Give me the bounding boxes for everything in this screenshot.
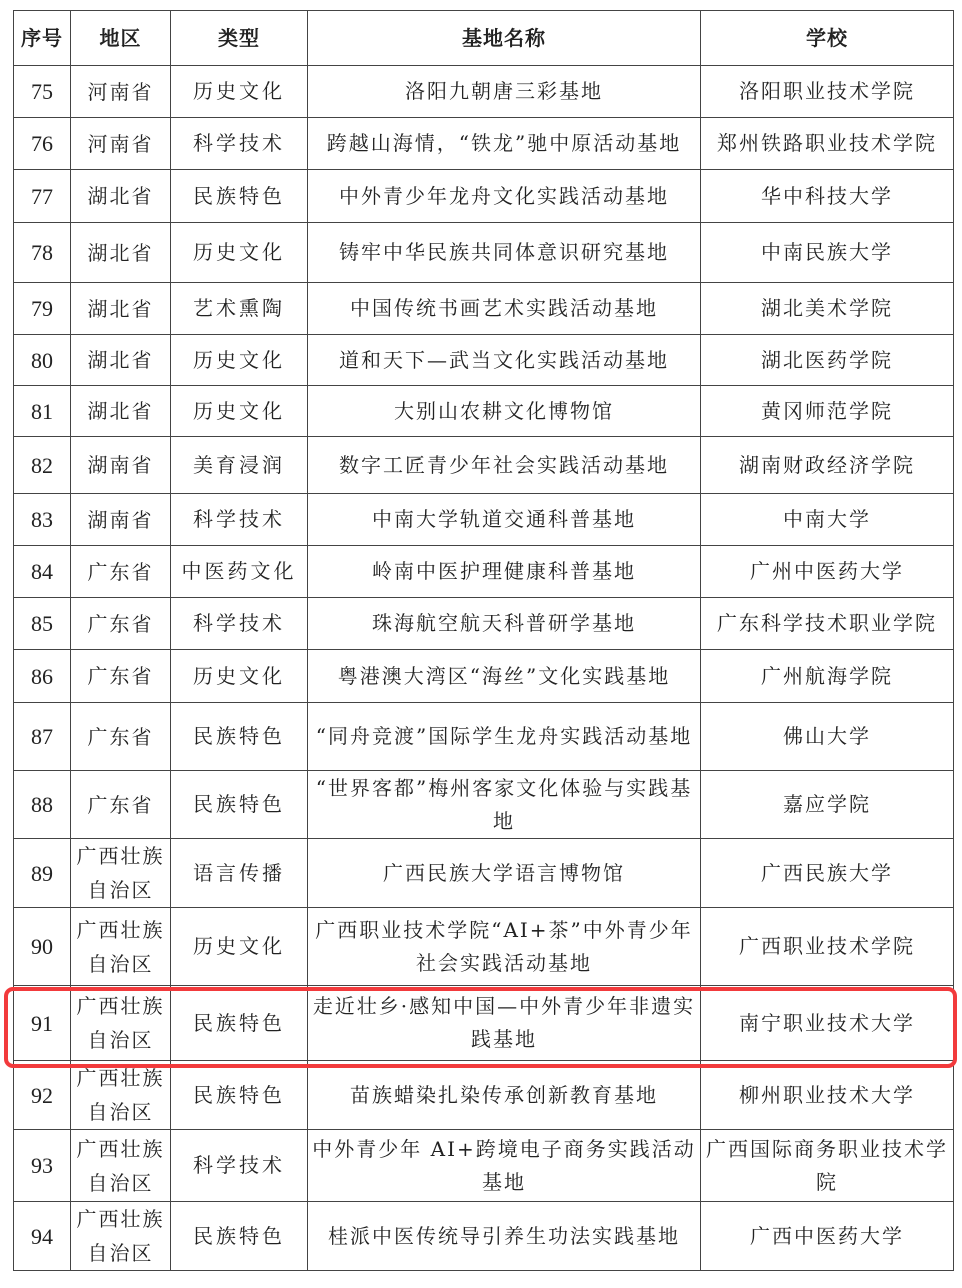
row-number: 82	[14, 437, 71, 494]
row-base-name: 中南大学轨道交通科普基地	[308, 494, 701, 546]
table-row: 80湖北省历史文化道和天下—武当文化实践活动基地湖北医药学院	[14, 335, 954, 386]
row-region: 河南省	[71, 66, 171, 118]
row-school: 嘉应学院	[701, 771, 954, 839]
row-number: 81	[14, 386, 71, 437]
row-type: 民族特色	[171, 1061, 308, 1130]
row-base-name: 粤港澳大湾区“海丝”文化实践基地	[308, 650, 701, 703]
row-type: 历史文化	[171, 650, 308, 703]
row-region: 广东省	[71, 598, 171, 650]
table-row: 92广西壮族自治区民族特色苗族蜡染扎染传承创新教育基地柳州职业技术大学	[14, 1061, 954, 1130]
row-base-name: 广西职业技术学院“AI+茶”中外青少年社会实践活动基地	[308, 908, 701, 986]
row-region: 湖北省	[71, 283, 171, 335]
row-region: 湖南省	[71, 494, 171, 546]
row-school: 广西国际商务职业技术学院	[701, 1130, 954, 1202]
row-school: 广州航海学院	[701, 650, 954, 703]
table-row: 82湖南省美育浸润数字工匠青少年社会实践活动基地湖南财政经济学院	[14, 437, 954, 494]
row-region: 湖南省	[71, 437, 171, 494]
table-row: 94广西壮族自治区民族特色桂派中医传统导引养生功法实践基地广西中医药大学	[14, 1202, 954, 1271]
row-school: 佛山大学	[701, 703, 954, 771]
row-type: 科学技术	[171, 598, 308, 650]
row-number: 84	[14, 546, 71, 598]
row-region: 广西壮族自治区	[71, 908, 171, 986]
row-type: 美育浸润	[171, 437, 308, 494]
row-type: 民族特色	[171, 703, 308, 771]
row-school: 南宁职业技术大学	[701, 986, 954, 1061]
row-school: 广西民族大学	[701, 839, 954, 908]
header-school: 学校	[701, 11, 954, 66]
row-type: 科学技术	[171, 494, 308, 546]
bases-table: 序号 地区 类型 基地名称 学校 75河南省历史文化洛阳九朝唐三彩基地洛阳职业技…	[13, 10, 954, 1271]
table-row-highlighted: 91广西壮族自治区民族特色走近壮乡·感知中国—中外青少年非遗实践基地南宁职业技术…	[14, 986, 954, 1061]
table-row: 81湖北省历史文化大别山农耕文化博物馆黄冈师范学院	[14, 386, 954, 437]
row-base-name: 岭南中医护理健康科普基地	[308, 546, 701, 598]
row-region: 河南省	[71, 118, 171, 170]
row-number: 92	[14, 1061, 71, 1130]
row-school: 湖南财政经济学院	[701, 437, 954, 494]
row-number: 87	[14, 703, 71, 771]
row-region: 广东省	[71, 546, 171, 598]
header-row: 序号 地区 类型 基地名称 学校	[14, 11, 954, 66]
row-type: 中医药文化	[171, 546, 308, 598]
row-type: 历史文化	[171, 223, 308, 283]
table-row: 90广西壮族自治区历史文化广西职业技术学院“AI+茶”中外青少年社会实践活动基地…	[14, 908, 954, 986]
table-row: 93广西壮族自治区科学技术中外青少年 AI+跨境电子商务实践活动基地广西国际商务…	[14, 1130, 954, 1202]
row-number: 90	[14, 908, 71, 986]
row-base-name: 中外青少年 AI+跨境电子商务实践活动基地	[308, 1130, 701, 1202]
row-number: 76	[14, 118, 71, 170]
row-school: 郑州铁路职业技术学院	[701, 118, 954, 170]
table-row: 83湖南省科学技术中南大学轨道交通科普基地中南大学	[14, 494, 954, 546]
table-row: 85广东省科学技术珠海航空航天科普研学基地广东科学技术职业学院	[14, 598, 954, 650]
row-base-name: 洛阳九朝唐三彩基地	[308, 66, 701, 118]
row-school: 中南大学	[701, 494, 954, 546]
row-number: 75	[14, 66, 71, 118]
table-row: 79湖北省艺术熏陶中国传统书画艺术实践活动基地湖北美术学院	[14, 283, 954, 335]
row-region: 广西壮族自治区	[71, 1061, 171, 1130]
row-type: 历史文化	[171, 66, 308, 118]
table-row: 86广东省历史文化粤港澳大湾区“海丝”文化实践基地广州航海学院	[14, 650, 954, 703]
header-type: 类型	[171, 11, 308, 66]
row-number: 88	[14, 771, 71, 839]
row-school: 广州中医药大学	[701, 546, 954, 598]
table-row: 89广西壮族自治区语言传播广西民族大学语言博物馆广西民族大学	[14, 839, 954, 908]
row-number: 89	[14, 839, 71, 908]
row-number: 79	[14, 283, 71, 335]
row-school: 柳州职业技术大学	[701, 1061, 954, 1130]
row-type: 历史文化	[171, 335, 308, 386]
row-number: 86	[14, 650, 71, 703]
row-school: 湖北医药学院	[701, 335, 954, 386]
table-row: 84广东省中医药文化岭南中医护理健康科普基地广州中医药大学	[14, 546, 954, 598]
row-base-name: 苗族蜡染扎染传承创新教育基地	[308, 1061, 701, 1130]
row-region: 湖北省	[71, 170, 171, 223]
row-school: 湖北美术学院	[701, 283, 954, 335]
row-base-name: 数字工匠青少年社会实践活动基地	[308, 437, 701, 494]
table-row: 87广东省民族特色“同舟竞渡”国际学生龙舟实践活动基地佛山大学	[14, 703, 954, 771]
row-school: 广西职业技术学院	[701, 908, 954, 986]
row-base-name: 广西民族大学语言博物馆	[308, 839, 701, 908]
row-school: 华中科技大学	[701, 170, 954, 223]
row-number: 94	[14, 1202, 71, 1271]
row-base-name: 中外青少年龙舟文化实践活动基地	[308, 170, 701, 223]
row-school: 广西中医药大学	[701, 1202, 954, 1271]
row-type: 艺术熏陶	[171, 283, 308, 335]
row-region: 广东省	[71, 771, 171, 839]
row-base-name: 大别山农耕文化博物馆	[308, 386, 701, 437]
table-row: 88广东省民族特色“世界客都”梅州客家文化体验与实践基地嘉应学院	[14, 771, 954, 839]
row-school: 中南民族大学	[701, 223, 954, 283]
row-region: 广西壮族自治区	[71, 986, 171, 1061]
row-region: 广东省	[71, 650, 171, 703]
header-no: 序号	[14, 11, 71, 66]
row-number: 93	[14, 1130, 71, 1202]
row-school: 黄冈师范学院	[701, 386, 954, 437]
row-region: 湖北省	[71, 223, 171, 283]
row-school: 广东科学技术职业学院	[701, 598, 954, 650]
row-type: 民族特色	[171, 1202, 308, 1271]
row-number: 78	[14, 223, 71, 283]
row-region: 湖北省	[71, 335, 171, 386]
row-region: 广西壮族自治区	[71, 839, 171, 908]
row-region: 湖北省	[71, 386, 171, 437]
row-region: 广西壮族自治区	[71, 1130, 171, 1202]
row-type: 语言传播	[171, 839, 308, 908]
table-row: 76河南省科学技术跨越山海情，“铁龙”驰中原活动基地郑州铁路职业技术学院	[14, 118, 954, 170]
row-base-name: 跨越山海情，“铁龙”驰中原活动基地	[308, 118, 701, 170]
row-type: 科学技术	[171, 118, 308, 170]
row-type: 科学技术	[171, 1130, 308, 1202]
row-type: 历史文化	[171, 908, 308, 986]
row-number: 83	[14, 494, 71, 546]
row-type: 民族特色	[171, 771, 308, 839]
row-number: 91	[14, 986, 71, 1061]
row-base-name: 铸牢中华民族共同体意识研究基地	[308, 223, 701, 283]
table-row: 78湖北省历史文化铸牢中华民族共同体意识研究基地中南民族大学	[14, 223, 954, 283]
row-school: 洛阳职业技术学院	[701, 66, 954, 118]
row-region: 广西壮族自治区	[71, 1202, 171, 1271]
row-base-name: 桂派中医传统导引养生功法实践基地	[308, 1202, 701, 1271]
table-row: 75河南省历史文化洛阳九朝唐三彩基地洛阳职业技术学院	[14, 66, 954, 118]
row-number: 85	[14, 598, 71, 650]
row-region: 广东省	[71, 703, 171, 771]
row-number: 80	[14, 335, 71, 386]
row-base-name: “同舟竞渡”国际学生龙舟实践活动基地	[308, 703, 701, 771]
row-base-name: “世界客都”梅州客家文化体验与实践基地	[308, 771, 701, 839]
table-row: 77湖北省民族特色中外青少年龙舟文化实践活动基地华中科技大学	[14, 170, 954, 223]
row-base-name: 中国传统书画艺术实践活动基地	[308, 283, 701, 335]
row-base-name: 走近壮乡·感知中国—中外青少年非遗实践基地	[308, 986, 701, 1061]
row-base-name: 道和天下—武当文化实践活动基地	[308, 335, 701, 386]
row-base-name: 珠海航空航天科普研学基地	[308, 598, 701, 650]
header-region: 地区	[71, 11, 171, 66]
row-type: 民族特色	[171, 986, 308, 1061]
row-type: 历史文化	[171, 386, 308, 437]
row-number: 77	[14, 170, 71, 223]
row-type: 民族特色	[171, 170, 308, 223]
header-base-name: 基地名称	[308, 11, 701, 66]
